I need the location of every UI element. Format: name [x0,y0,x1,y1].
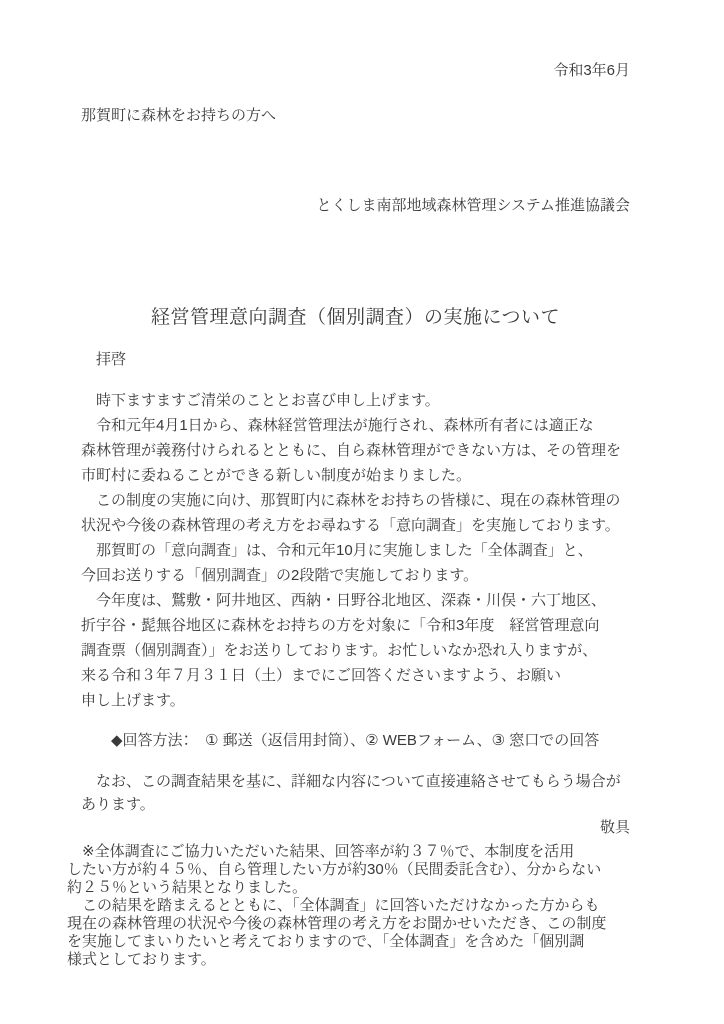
footnote-line: この結果を踏まえるとともに、「全体調査」に回答いただけなかった方からも [67,897,655,915]
footnote-line: 約２５％という結果となりました。 [67,879,655,897]
footnote-line: したい方が約４５％、自ら管理したい方が約30％（民間委託含む）、分からない [67,861,655,879]
body-paragraphs: 時下ますますご清栄のこととお喜び申し上げます。 令和元年4月1日から、森林経営管… [81,388,630,713]
body-line: 調査票（個別調査）」をお送りしております。お忙しいなか恐れ入りますが、 [81,638,630,663]
body-line: 申し上げます。 [81,688,630,713]
footnote-line: 様式としております。 [67,951,655,969]
document-date: 令和3年6月 [81,62,630,80]
body-line: 折宇谷・髭無谷地区に森林をお持ちの方を対象に「令和3年度 経営管理意向 [81,613,630,638]
note-line: なお、この調査結果を基に、詳細な内容について直接連絡させてもらう場合が [81,770,630,793]
body-line: 状況や今後の森林管理の考え方をお尋ねする「意向調査」を実施しております。 [81,513,630,538]
body-line: 今年度は、鷲敷・阿井地区、西納・日野谷北地区、深森・川俣・六丁地区、 [81,588,630,613]
footnote-line: 現在の森林管理の状況や今後の森林管理の考え方をお聞かせいただき、この制度 [67,915,655,933]
letter-main-content: 令和3年6月 那賀町に森林をお持ちの方へ とくしま南部地域森林管理システム推進協… [81,62,630,839]
body-line: 令和元年4月1日から、森林経営管理法が施行され、森林所有者には適正な [81,413,630,438]
body-line: 森林管理が義務付けられるとともに、自ら森林管理ができない方は、その管理を [81,438,630,463]
salutation: 拝啓 [81,347,630,372]
document-title: 経営管理意向調査（個別調査）の実施について [81,306,630,330]
note-paragraph: なお、この調査結果を基に、詳細な内容について直接連絡させてもらう場合が あります… [81,770,630,816]
document-page: 令和3年6月 那賀町に森林をお持ちの方へ とくしま南部地域森林管理システム推進協… [0,0,724,1024]
body-line: 時下ますますご清栄のこととお喜び申し上げます。 [81,388,630,413]
body-line: 市町村に委ねることができる新しい制度が始まりました。 [81,463,630,488]
sender-organization: とくしま南部地域森林管理システム推進協議会 [81,197,630,215]
note-line: あります。 [81,793,630,816]
body-line: 来る令和３年７月３１日（土）までにご回答くださいますよう、お願い [81,663,630,688]
body-line: 今回お送りする「個別調査」の2段階で実施しております。 [81,563,630,588]
reply-methods-line: ◆回答方法： ① 郵送（返信用封筒）、② WEBフォーム、③ 窓口での回答 [81,728,630,753]
footnote-line: ※全体調査にご協力いただいた結果、回答率が約３７％で、本制度を活用 [67,843,655,861]
body-line: 那賀町の「意向調査」は、令和元年10月に実施しました「全体調査」と、 [81,538,630,563]
body-line: この制度の実施に向け、那賀町内に森林をお持ちの皆様に、現在の森林管理の [81,488,630,513]
addressee-line: 那賀町に森林をお持ちの方へ [81,107,630,125]
footnote-paragraphs: ※全体調査にご協力いただいた結果、回答率が約３７％で、本制度を活用 したい方が約… [67,843,655,969]
footnote-line: を実施してまいりたいと考えておりますので、「全体調査」を含めた「個別調 [67,933,655,951]
closing-word: 敬具 [81,816,630,839]
